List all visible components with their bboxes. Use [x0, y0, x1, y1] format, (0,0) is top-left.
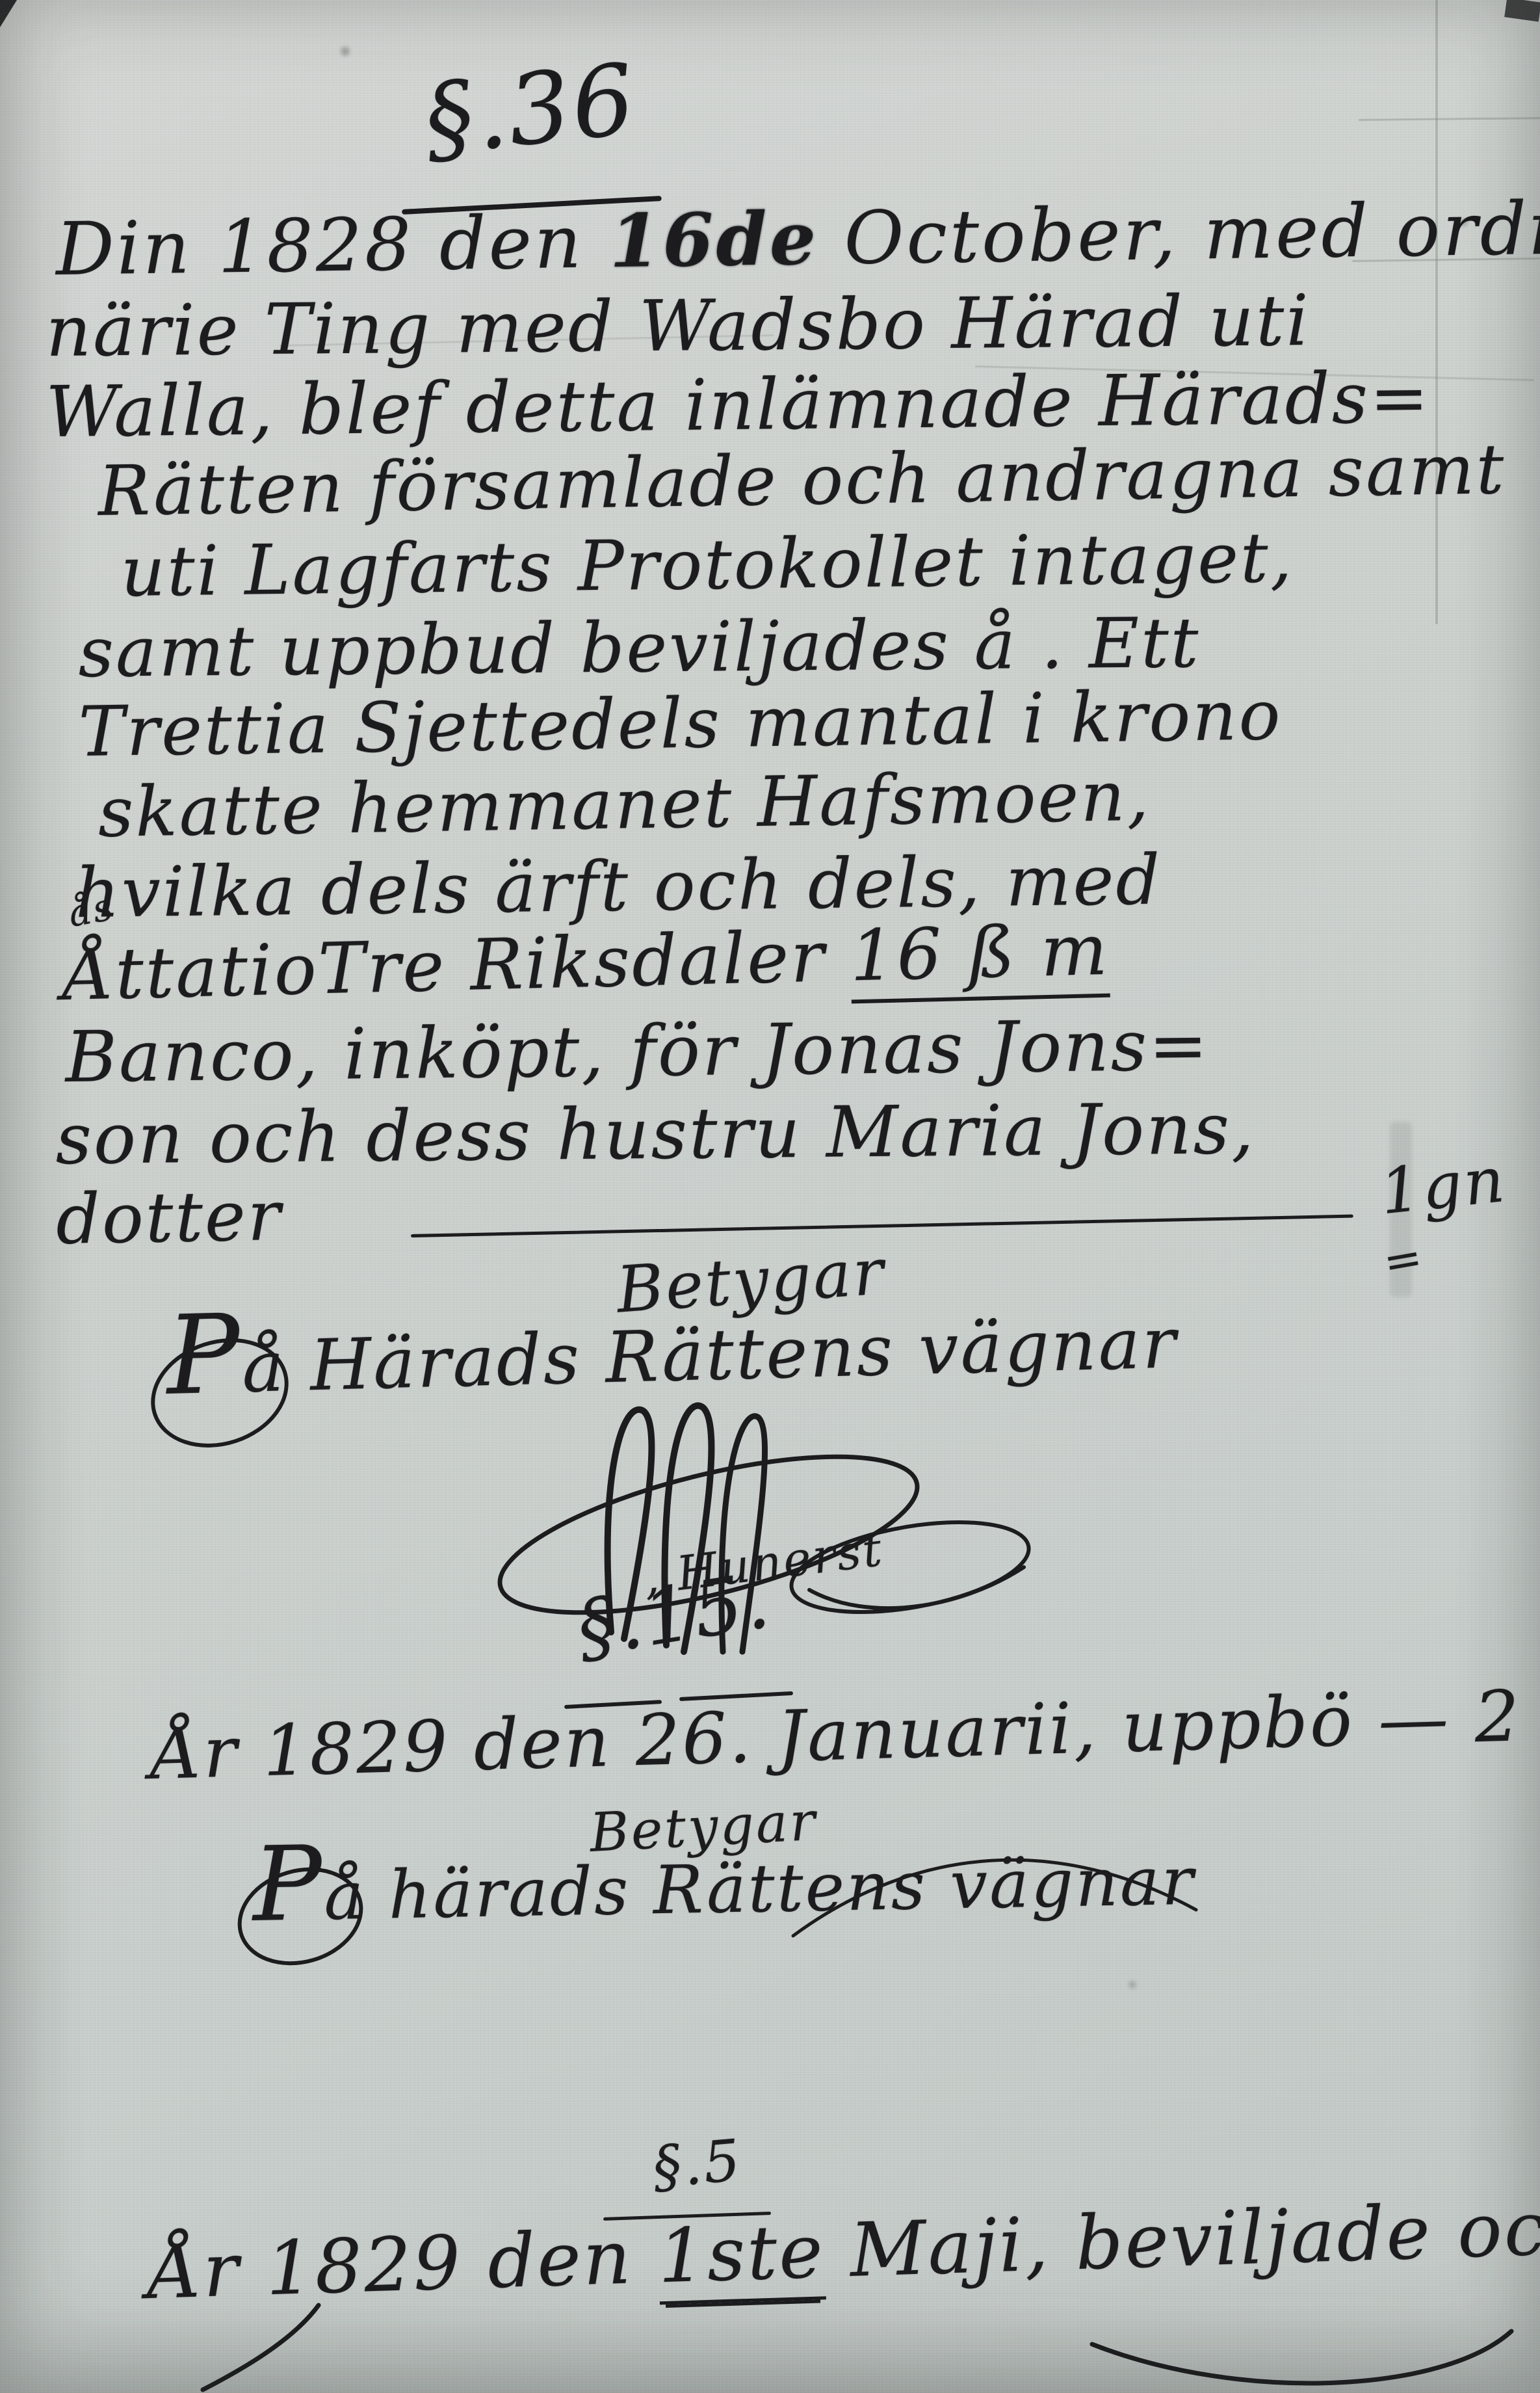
- text-line: dotter: [55, 1176, 283, 1260]
- pen-flourish: [1079, 2315, 1534, 2393]
- text-segment: År 1829 den 26. Januarii, uppbö — 2 g: [150, 1674, 1540, 1795]
- scanned-document-page: §.36 Din 1828 den 16de October, med ordi…: [0, 0, 1540, 2393]
- paper-crease: [1435, 0, 1438, 624]
- pen-flourish: [780, 1829, 1209, 1952]
- text-line: Banco, inköpt, för Jonas Jons=: [65, 1005, 1210, 1098]
- fill-rule-line: [411, 1215, 1353, 1237]
- date-line: År 1829 den 1ste Maji, beviljade och: [146, 2184, 1540, 2316]
- text-line: uti Lagfarts Protokollet intaget,: [120, 518, 1294, 612]
- text-line: närie Ting med Wadsbo Härad uti: [46, 280, 1311, 373]
- section-heading-36: §.36: [419, 43, 642, 178]
- ink-speck: [341, 47, 350, 56]
- date-line: År 1829 den 26. Januarii, uppbö — 2 gn: [150, 1673, 1540, 1795]
- text-line: Din 1828 den 16de October, med ordi„: [55, 185, 1540, 292]
- repeat-mark: =: [1379, 1230, 1428, 1289]
- underlined-amount: 16 ß m: [849, 910, 1110, 1004]
- pen-flourish: [195, 2302, 332, 2393]
- text-segment: Maji, beviljade och: [823, 2184, 1540, 2294]
- text-segment-bold: 16de: [609, 196, 819, 284]
- text-segment: År 1829 den: [146, 2213, 659, 2316]
- scan-corner-mark: [1504, 0, 1540, 22]
- text-segment: October, med ordi„: [818, 186, 1540, 282]
- ink-speck: [1129, 1981, 1136, 1989]
- paper-crease: [1359, 117, 1540, 121]
- section-heading-5: §.5: [650, 2126, 744, 2201]
- text-line: son och dess hustru Maria Jons,: [55, 1089, 1256, 1180]
- scan-corner-mark: [0, 0, 17, 27]
- text-segment: Din 1828 den: [55, 200, 610, 292]
- uppbud-count-note: 1gn: [1377, 1143, 1509, 1229]
- insertion-mark: ås: [65, 884, 118, 936]
- underlined-date: 1ste: [657, 2208, 826, 2305]
- text-line: skatte hemmanet Hafsmoen,: [98, 756, 1151, 853]
